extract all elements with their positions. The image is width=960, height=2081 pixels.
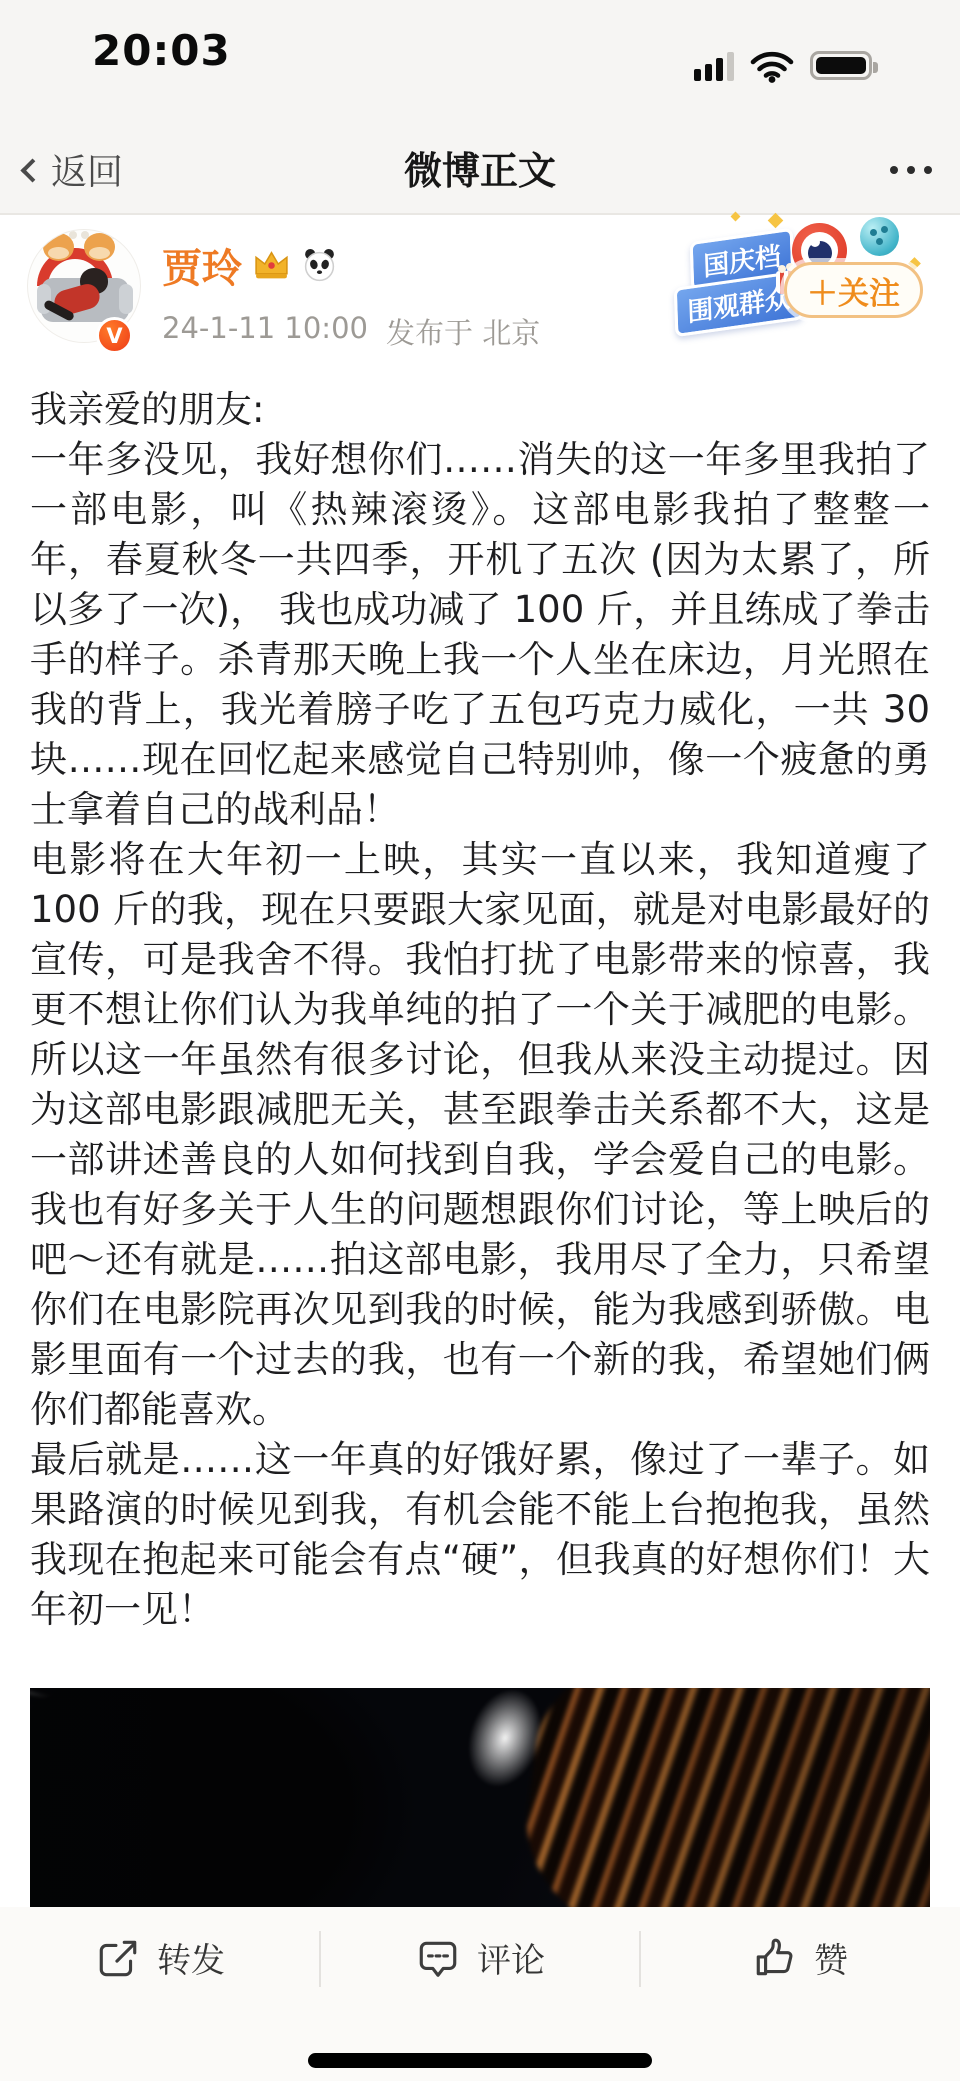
verified-badge: V — [96, 317, 133, 354]
like-label: 赞 — [814, 1933, 848, 1982]
comment-button[interactable]: 评论 — [320, 1933, 640, 1982]
battery-icon — [810, 51, 872, 80]
avatar-art-ox-left — [43, 233, 74, 261]
comment-label: 评论 — [477, 1933, 545, 1982]
like-icon — [752, 1935, 798, 1981]
image-vignette — [30, 1688, 930, 1907]
like-button[interactable]: 赞 — [640, 1933, 960, 1982]
avatar-art-ox-right — [84, 233, 115, 261]
author-name[interactable]: 贾玲 — [162, 237, 242, 294]
home-indicator — [308, 2053, 652, 2068]
ball-mascot-icon — [860, 217, 899, 256]
status-time: 20:03 — [92, 26, 231, 75]
sparkle-icon — [768, 213, 784, 229]
post-paragraph: 我亲爱的朋友: — [30, 385, 930, 435]
post-meta: 24-1-11 10:00 发布于 北京 — [162, 311, 540, 352]
divider — [319, 1931, 321, 1987]
wifi-icon — [749, 48, 795, 83]
crown-icon — [253, 250, 290, 281]
post-image[interactable] — [30, 1688, 930, 1907]
status-icons — [694, 48, 872, 83]
follow-button[interactable]: ＋关注 — [784, 262, 923, 318]
panda-icon — [301, 247, 338, 284]
post-datetime: 24-1-11 10:00 — [162, 311, 368, 352]
comment-icon — [415, 1935, 461, 1981]
more-options-button[interactable] — [890, 166, 932, 174]
divider — [639, 1931, 641, 1987]
sparkle-icon — [731, 212, 741, 222]
post-paragraph: 电影将在大年初一上映，其实一直以来，我知道瘦了 100 斤的我，现在只要跟大家见… — [30, 835, 930, 1435]
post-location: 发布于 北京 — [386, 311, 540, 352]
repost-label: 转发 — [157, 1933, 225, 1982]
repost-icon — [95, 1935, 141, 1981]
post-text: 我亲爱的朋友: 一年多没见，我好想你们……消失的这一年多里我拍了一部电影，叫《热… — [30, 385, 930, 1635]
post-paragraph: 一年多没见，我好想你们……消失的这一年多里我拍了一部电影，叫《热辣滚烫》。这部电… — [30, 435, 930, 835]
cellular-signal-icon — [694, 51, 734, 81]
page-title: 微博正文 — [0, 140, 960, 195]
post-paragraph: 最后就是……这一年真的好饿好累，像过了一辈子。如果路演的时候见到我，有机会能不能… — [30, 1435, 930, 1635]
repost-button[interactable]: 转发 — [0, 1933, 320, 1982]
weibo-post-screen: 20:03 返回 微博正文 — [0, 0, 960, 2081]
top-chrome: 20:03 返回 微博正文 — [0, 0, 960, 215]
